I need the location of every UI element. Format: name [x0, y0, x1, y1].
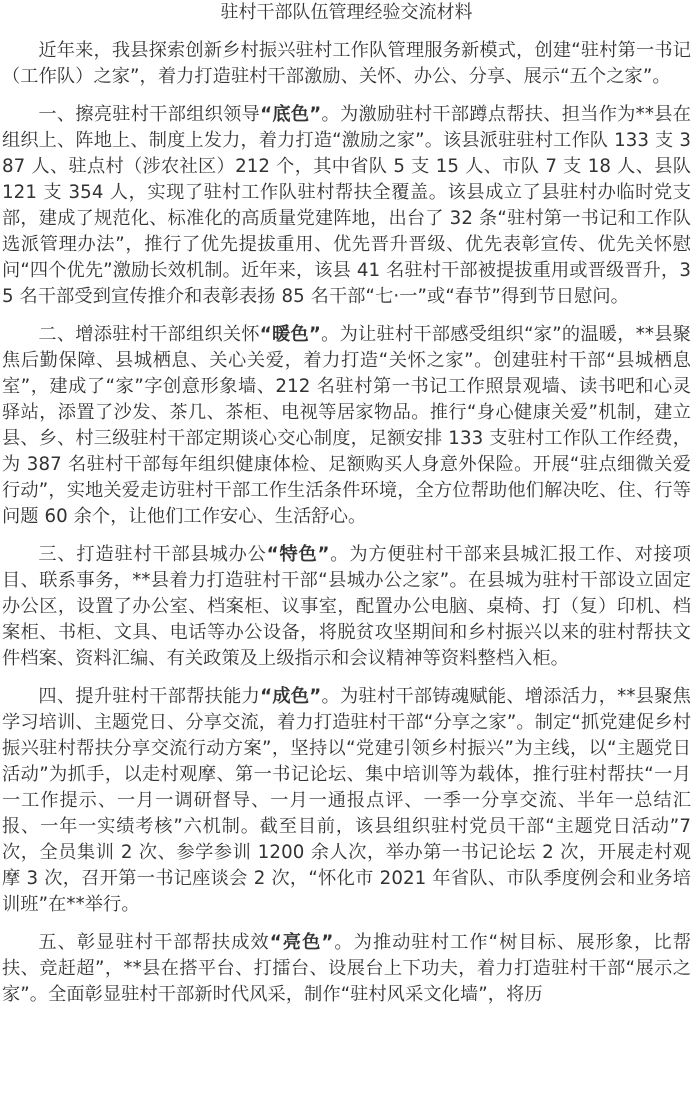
intro-paragraph: 近年来，我县探索创新乡村振兴驻村工作队管理服务新模式，创建“驻村第一书记（工作队… — [2, 38, 691, 90]
section-heading-2-suffix: 。 — [321, 324, 340, 345]
section-heading-1: 一、擦亮驻村干部组织领导 — [38, 104, 260, 125]
section-paragraph-2: 二、增添驻村干部组织关怀“暖色”。为让驻村干部感受组织“家”的温暖，**县聚焦后… — [2, 322, 691, 530]
section-body-1: 为激励驻村干部蹲点帮扶、担当作为**县在组织上、阵地上、制度上发力，着力打造“激… — [2, 104, 691, 307]
section-heading-2-quote: “暖色” — [260, 324, 321, 345]
section-paragraph-5: 五、彰显驻村干部帮扶成效“亮色”。为推动驻村工作“树目标、展形象，比帮扶、竞赶超… — [2, 930, 691, 1008]
section-paragraph-3: 三、打造驻村干部县城办公“特色”。为方便驻村干部来县城汇报工作、对接项目、联系事… — [2, 542, 691, 672]
section-heading-4-quote: “成色” — [260, 686, 321, 707]
section-paragraph-1: 一、擦亮驻村干部组织领导“底色”。为激励驻村干部蹲点帮扶、担当作为**县在组织上… — [2, 102, 691, 310]
section-heading-5: 五、彰显驻村干部帮扶成效 — [38, 932, 269, 953]
section-heading-4-suffix: 。 — [321, 686, 340, 707]
section-heading-4: 四、提升驻村干部帮扶能力 — [38, 686, 260, 707]
section-heading-5-quote: “亮色” — [270, 932, 334, 953]
section-heading-5-suffix: 。 — [333, 932, 353, 953]
section-heading-3: 三、打造驻村干部县城办公 — [38, 544, 266, 565]
section-heading-3-quote: “特色” — [267, 544, 330, 565]
document: 驻村干部队伍管理经验交流材料 近年来，我县探索创新乡村振兴驻村工作队管理服务新模… — [0, 0, 693, 1008]
section-body-4: 为驻村干部铸魂赋能、增添活力，**县聚焦学习培训、主题党日、分享交流，着力打造驻… — [2, 686, 691, 915]
section-heading-1-quote: “底色” — [260, 104, 321, 125]
document-title: 驻村干部队伍管理经验交流材料 — [2, 0, 691, 26]
section-heading-1-suffix: 。 — [321, 104, 340, 125]
section-heading-3-suffix: 。 — [330, 544, 350, 565]
section-body-2: 为让驻村干部感受组织“家”的温暖，**县聚焦后勤保障、县城栖息、关心关爱，着力打… — [2, 324, 691, 527]
section-heading-2: 二、增添驻村干部组织关怀 — [38, 324, 259, 345]
section-paragraph-4: 四、提升驻村干部帮扶能力“成色”。为驻村干部铸魂赋能、增添活力，**县聚焦学习培… — [2, 684, 691, 918]
